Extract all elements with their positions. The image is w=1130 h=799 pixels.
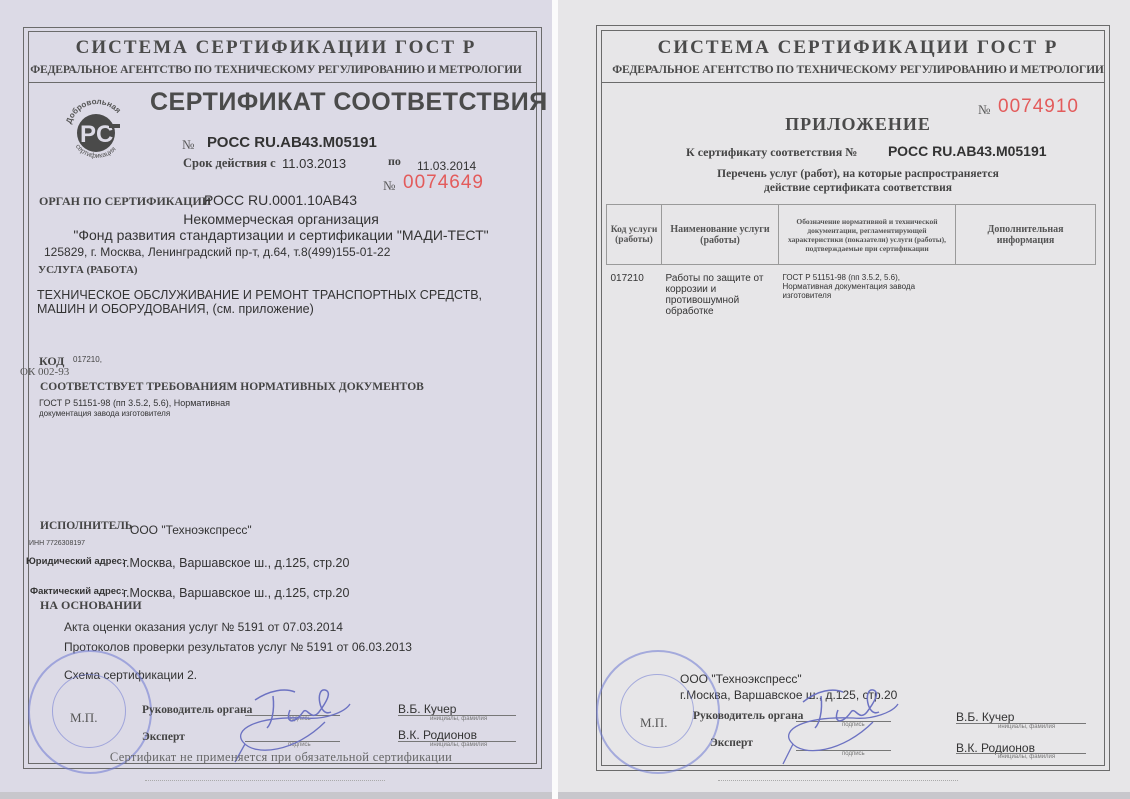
basis-line-2: Протоколов проверки результатов услуг № … <box>64 640 412 654</box>
service-label: УСЛУГА (РАБОТА) <box>38 264 138 276</box>
rst-logo-icon: Добровольная сертификация PC <box>62 95 132 165</box>
appendix-title: ПРИЛОЖЕНИЕ <box>598 114 1118 135</box>
expert-label: Эксперт <box>710 737 753 749</box>
conforms-line-1: ГОСТ Р 51151-98 (пп 3.5.2, 5.6), Нормати… <box>39 398 230 408</box>
expert-name: В.К. Родионов <box>398 728 477 742</box>
list-title-line-1: Перечень услуг (работ), на которые распр… <box>598 168 1118 180</box>
page-edge <box>0 792 552 799</box>
performer-name: ООО "Техноэкспресс" <box>130 523 252 537</box>
header-docs: Обозначение нормативной и технической до… <box>779 205 956 265</box>
header-divider <box>29 82 536 83</box>
system-title: СИСТЕМА СЕРТИФИКАЦИИ ГОСТ Р <box>0 37 552 59</box>
body-address: 125829, г. Москва, Ленинградский пр-т, д… <box>44 245 390 259</box>
code-value: 017210, <box>73 355 102 364</box>
header-code: Код услуги (работы) <box>607 205 662 265</box>
services-table: Код услуги (работы) Наименование услуги … <box>606 204 1096 325</box>
stamp-mp-label: М.П. <box>70 710 97 726</box>
inn: ИНН 7726308197 <box>29 540 85 547</box>
certificate-title: СЕРТИФИКАТ СООТВЕТСТВИЯ <box>150 88 548 117</box>
basis-line-1: Акта оценки оказания услуг № 5191 от 07.… <box>64 620 343 634</box>
seal-inner-ring <box>620 674 694 748</box>
legal-address: г.Москва, Варшавское ш., д.125, стр.20 <box>123 556 349 570</box>
stamp-mp-label: М.П. <box>640 715 667 731</box>
certificate-number: РОСС RU.АВ43.М05191 <box>207 134 377 151</box>
svg-text:PC: PC <box>80 121 113 148</box>
valid-from-date: 11.03.2013 <box>282 156 346 171</box>
cell-name: Работы по защите от коррозии и противошу… <box>662 265 779 326</box>
cell-code: 017210 <box>607 265 662 326</box>
conforms-label: СООТВЕТСТВУЕТ ТРЕБОВАНИЯМ НОРМАТИВНЫХ ДО… <box>40 381 424 393</box>
header-divider <box>602 82 1104 83</box>
basis-label: НА ОСНОВАНИИ <box>40 598 142 613</box>
appendix-page: СИСТЕМА СЕРТИФИКАЦИИ ГОСТ Р ФЕДЕРАЛЬНОЕ … <box>558 0 1130 799</box>
printer-imprint <box>145 780 385 782</box>
validity-label: Срок действия с <box>183 156 276 171</box>
legal-address-label: Юридический адрес: <box>26 556 125 567</box>
serial-number: 0074649 <box>403 172 484 194</box>
service-line-2: МАШИН И ОБОРУДОВАНИЯ, (см. приложение) <box>37 302 314 316</box>
actual-address-label: Фактический адрес: <box>30 586 124 597</box>
header-name: Наименование услуги (работы) <box>662 205 779 265</box>
system-title: СИСТЕМА СЕРТИФИКАЦИИ ГОСТ Р <box>598 37 1118 59</box>
header-extra: Дополнительная информация <box>956 205 1096 265</box>
signature-icon <box>763 680 903 770</box>
cert-ref-label: К сертификату соответствия № <box>686 145 857 160</box>
list-title-line-2: действие сертификата соответствия <box>598 182 1118 194</box>
footer-note: Сертификат не применяется при обязательн… <box>0 750 562 765</box>
expert-name-caption: инициалы, фамилия <box>430 742 487 748</box>
conforms-line-2: документация завода изготовителя <box>39 409 170 418</box>
certificate-page: СИСТЕМА СЕРТИФИКАЦИИ ГОСТ Р ФЕДЕРАЛЬНОЕ … <box>0 0 552 799</box>
body-org-type: Некоммерческая организация <box>0 211 562 227</box>
cert-ref-number: РОСС RU.АВ43.М05191 <box>888 143 1047 159</box>
cell-extra <box>956 265 1096 326</box>
table-row: 017210 Работы по защите от коррозии и пр… <box>607 265 1096 326</box>
name-caption: инициалы, фамилия <box>430 716 487 722</box>
number-sign: № <box>182 137 194 153</box>
agency-name: ФЕДЕРАЛЬНОЕ АГЕНТСТВО ПО ТЕХНИЧЕСКОМУ РЕ… <box>0 63 552 76</box>
head-name: В.Б. Кучер <box>956 710 1014 724</box>
valid-to-date: 11.03.2014 <box>417 159 476 173</box>
classifier: ОК 002-93 <box>20 366 69 378</box>
cell-docs: ГОСТ Р 51151-98 (пп 3.5.2, 5.6), Нормати… <box>779 265 956 326</box>
certification-body-label: ОРГАН ПО СЕРТИФИКАЦИИ <box>39 194 211 209</box>
agency-name: ФЕДЕРАЛЬНОЕ АГЕНТСТВО ПО ТЕХНИЧЕСКОМУ РЕ… <box>598 63 1118 76</box>
expert-name-caption: инициалы, фамилия <box>998 754 1055 760</box>
rst-logo: Добровольная сертификация PC <box>62 95 132 165</box>
body-org-name: "Фонд развития стандартизации и сертифик… <box>0 227 562 243</box>
name-caption: инициалы, фамилия <box>998 724 1055 730</box>
expert-label: Эксперт <box>142 731 185 743</box>
service-line-1: ТЕХНИЧЕСКОЕ ОБСЛУЖИВАНИЕ И РЕМОНТ ТРАНСП… <box>37 288 482 302</box>
serial-sign: № <box>383 178 395 194</box>
performer-label: ИСПОЛНИТЕЛЬ <box>40 520 132 532</box>
head-name: В.Б. Кучер <box>398 702 456 716</box>
certification-body-code: РОСС RU.0001.10АВ43 <box>204 192 357 208</box>
page-edge <box>558 792 1130 799</box>
validity-to-label: по <box>388 154 401 169</box>
printer-imprint <box>718 780 958 782</box>
actual-address: г.Москва, Варшавское ш., д.125, стр.20 <box>123 586 349 600</box>
